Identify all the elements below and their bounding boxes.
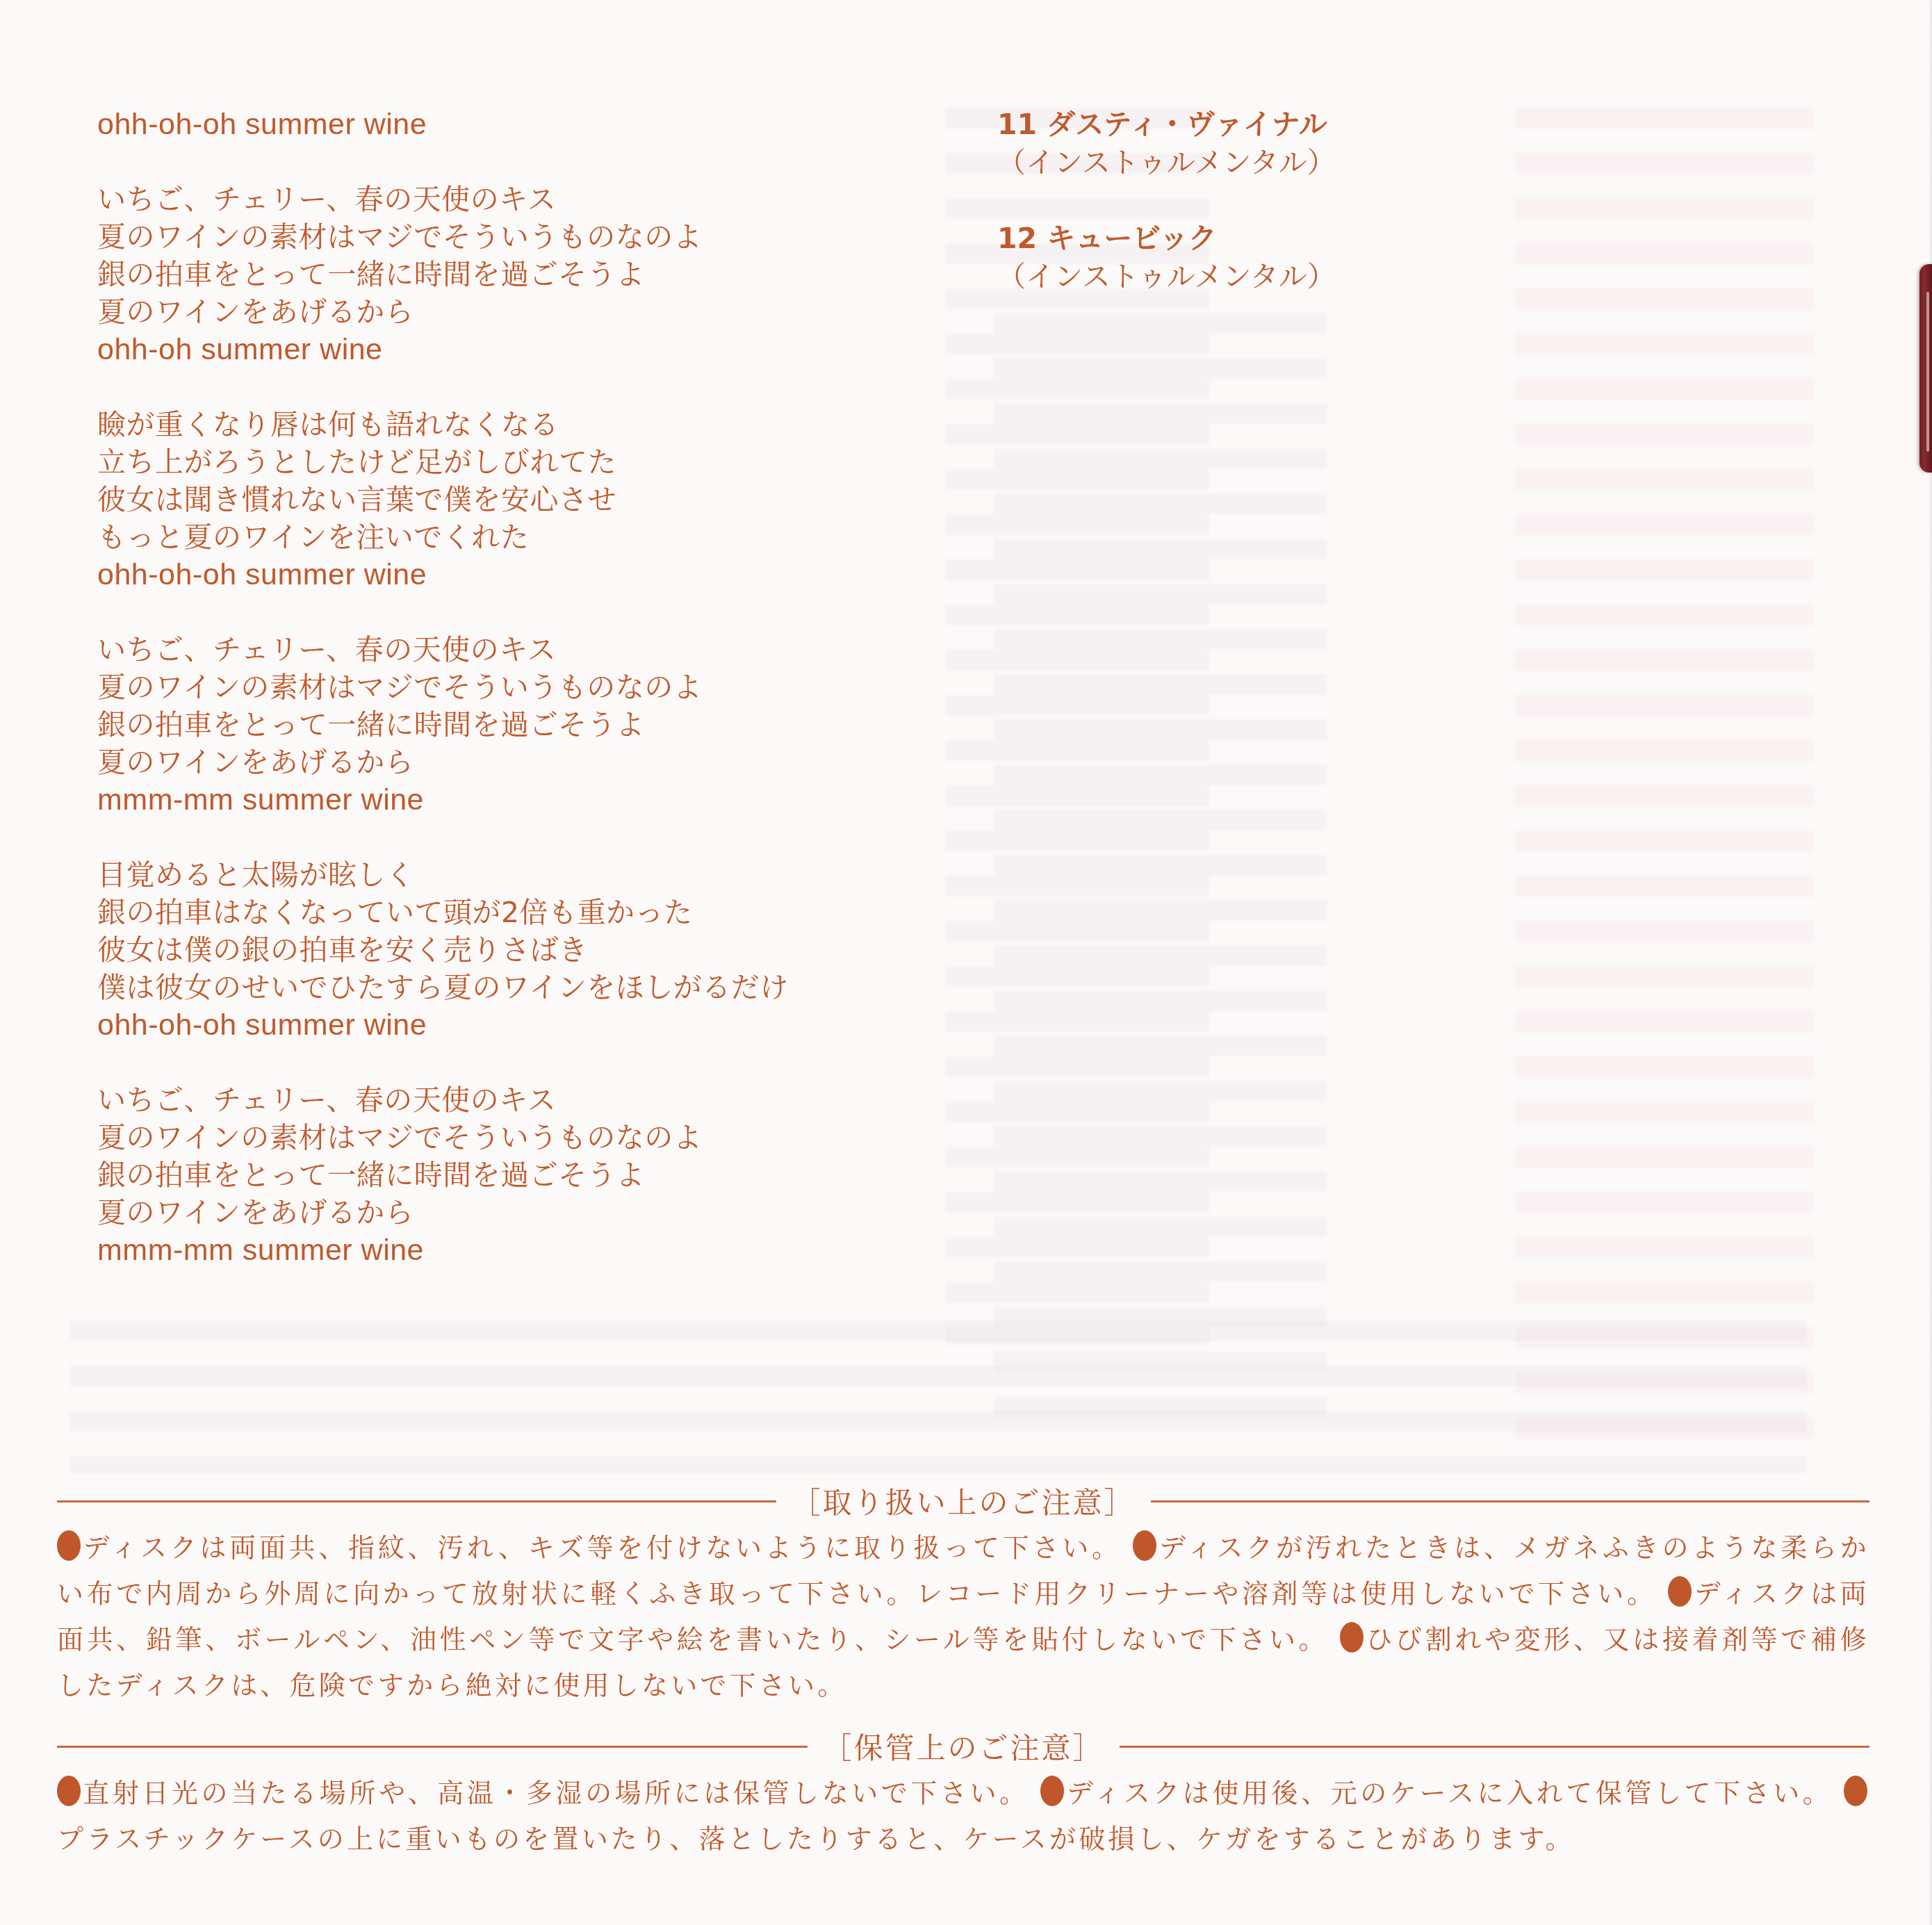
- handling-notice: ［取り扱い上のご注意］ ディスクは両面共、指紋、汚れ、キズ等を付けないように取り…: [57, 1480, 1869, 1708]
- track-item-11: 11 ダスティ・ヴァイナル （インストゥルメンタル）: [997, 106, 1623, 182]
- lyrics-column: ohh-oh-oh summer wine いちご、チェリー、春の天使のキス 夏…: [97, 106, 966, 1306]
- bullet-icon: [57, 1530, 81, 1561]
- handling-notice-body: ディスクは両面共、指紋、汚れ、キズ等を付けないように取り扱って下さい。 ディスク…: [57, 1525, 1869, 1708]
- lyric-line: 彼女は僕の銀の拍車を安く売りさばき: [97, 931, 966, 969]
- lyric-line: いちご、チェリー、春の天使のキス: [97, 181, 966, 218]
- lyrics-stanza-1: ohh-oh-oh summer wine: [97, 106, 966, 143]
- lyric-line: いちご、チェリー、春の天使のキス: [97, 631, 966, 669]
- bullet-icon: [1668, 1576, 1692, 1607]
- lyric-line: 銀の拍車はなくなっていて頭が2倍も重かった: [97, 894, 966, 931]
- lyric-line: 夏のワインをあげるから: [97, 1194, 966, 1231]
- spine-highlight: [1926, 292, 1929, 452]
- notice-item: 直射日光の当たる場所や、高温・多湿の場所には保管しないで下さい。: [83, 1778, 1029, 1808]
- lyric-line: 夏のワインの素材はマジでそういうものなのよ: [97, 669, 966, 706]
- lyric-line: 夏のワインの素材はマジでそういうものなのよ: [97, 218, 966, 256]
- bleed-through-mid: [994, 313, 1327, 1425]
- lyric-line: ohh-oh summer wine: [97, 331, 966, 368]
- bullet-icon: [1844, 1776, 1867, 1806]
- notice-item: プラスチックケースの上に重いものを置いたり、落としたりすると、ケースが破損し、ケ…: [57, 1824, 1575, 1854]
- lyric-line: mmm-mm summer wine: [97, 781, 966, 819]
- lyric-line: 夏のワインをあげるから: [97, 293, 966, 331]
- lyrics-stanza-5: 目覚めると太陽が眩しく 銀の拍車はなくなっていて頭が2倍も重かった 彼女は僕の銀…: [97, 856, 966, 1044]
- bullet-icon: [1040, 1776, 1064, 1806]
- track-list: 11 ダスティ・ヴァイナル （インストゥルメンタル） 12 キュービック （イン…: [997, 106, 1623, 334]
- track-title: 11 ダスティ・ヴァイナル: [997, 106, 1623, 143]
- track-note: （インストゥルメンタル）: [997, 257, 1623, 296]
- lyric-line: ohh-oh-oh summer wine: [97, 106, 966, 143]
- heading-rule-right: [1151, 1500, 1870, 1502]
- heading-rule-left: [57, 1746, 808, 1748]
- lyric-line: 瞼が重くなり唇は何も語れなくなる: [97, 406, 966, 443]
- storage-notice-title: ［保管上のご注意］: [808, 1726, 1120, 1767]
- track-item-12: 12 キュービック （インストゥルメンタル）: [997, 220, 1623, 296]
- handling-notice-title: ［取り扱い上のご注意］: [776, 1480, 1151, 1522]
- lyric-line: ohh-oh-oh summer wine: [97, 556, 966, 593]
- handling-notice-heading: ［取り扱い上のご注意］: [57, 1480, 1869, 1522]
- lyric-line: もっと夏のワインを注いでくれた: [97, 518, 966, 556]
- lyric-line: 彼女は聞き慣れない言葉で僕を安心させ: [97, 481, 966, 518]
- lyric-line: 銀の拍車をとって一緒に時間を過ごそうよ: [97, 706, 966, 744]
- booklet-spine: [1919, 264, 1932, 473]
- lyrics-stanza-4: いちご、チェリー、春の天使のキス 夏のワインの素材はマジでそういうものなのよ 銀…: [97, 631, 966, 819]
- bullet-icon: [1340, 1622, 1364, 1653]
- lyric-line: mmm-mm summer wine: [97, 1231, 966, 1269]
- lyric-line: 夏のワインをあげるから: [97, 744, 966, 781]
- lyrics-stanza-3: 瞼が重くなり唇は何も語れなくなる 立ち上がろうとしたけど足がしびれてた 彼女は聞…: [97, 406, 966, 593]
- bullet-icon: [57, 1776, 81, 1806]
- notice-item: ディスクは両面共、指紋、汚れ、キズ等を付けないように取り扱って下さい。: [83, 1532, 1122, 1563]
- lyric-line: ohh-oh-oh summer wine: [97, 1006, 966, 1044]
- bullet-icon: [1133, 1530, 1156, 1561]
- heading-rule-right: [1120, 1746, 1870, 1748]
- bleed-through-bottom: [69, 1320, 1807, 1473]
- lyric-line: 目覚めると太陽が眩しく: [97, 856, 966, 894]
- lyric-line: 立ち上がろうとしたけど足がしびれてた: [97, 443, 966, 481]
- lyric-line: 銀の拍車をとって一緒に時間を過ごそうよ: [97, 1156, 966, 1194]
- lyrics-stanza-2: いちご、チェリー、春の天使のキス 夏のワインの素材はマジでそういうものなのよ 銀…: [97, 181, 966, 368]
- lyric-line: 僕は彼女のせいでひたすら夏のワインをほしがるだけ: [97, 969, 966, 1006]
- lyrics-stanza-6: いちご、チェリー、春の天使のキス 夏のワインの素材はマジでそういうものなのよ 銀…: [97, 1081, 966, 1269]
- track-note: （インストゥルメンタル）: [997, 143, 1623, 182]
- storage-notice-body: 直射日光の当たる場所や、高温・多湿の場所には保管しないで下さい。 ディスクは使用…: [57, 1770, 1869, 1862]
- lyric-line: いちご、チェリー、春の天使のキス: [97, 1081, 966, 1119]
- notice-item: ディスクは使用後、元のケースに入れて保管して下さい。: [1066, 1778, 1832, 1808]
- storage-notice-heading: ［保管上のご注意］: [57, 1726, 1869, 1767]
- heading-rule-left: [57, 1500, 776, 1502]
- track-title: 12 キュービック: [997, 220, 1623, 257]
- lyric-line: 夏のワインの素材はマジでそういうものなのよ: [97, 1119, 966, 1156]
- storage-notice: ［保管上のご注意］ 直射日光の当たる場所や、高温・多湿の場所には保管しないで下さ…: [57, 1726, 1869, 1862]
- lyric-line: 銀の拍車をとって一緒に時間を過ごそうよ: [97, 256, 966, 293]
